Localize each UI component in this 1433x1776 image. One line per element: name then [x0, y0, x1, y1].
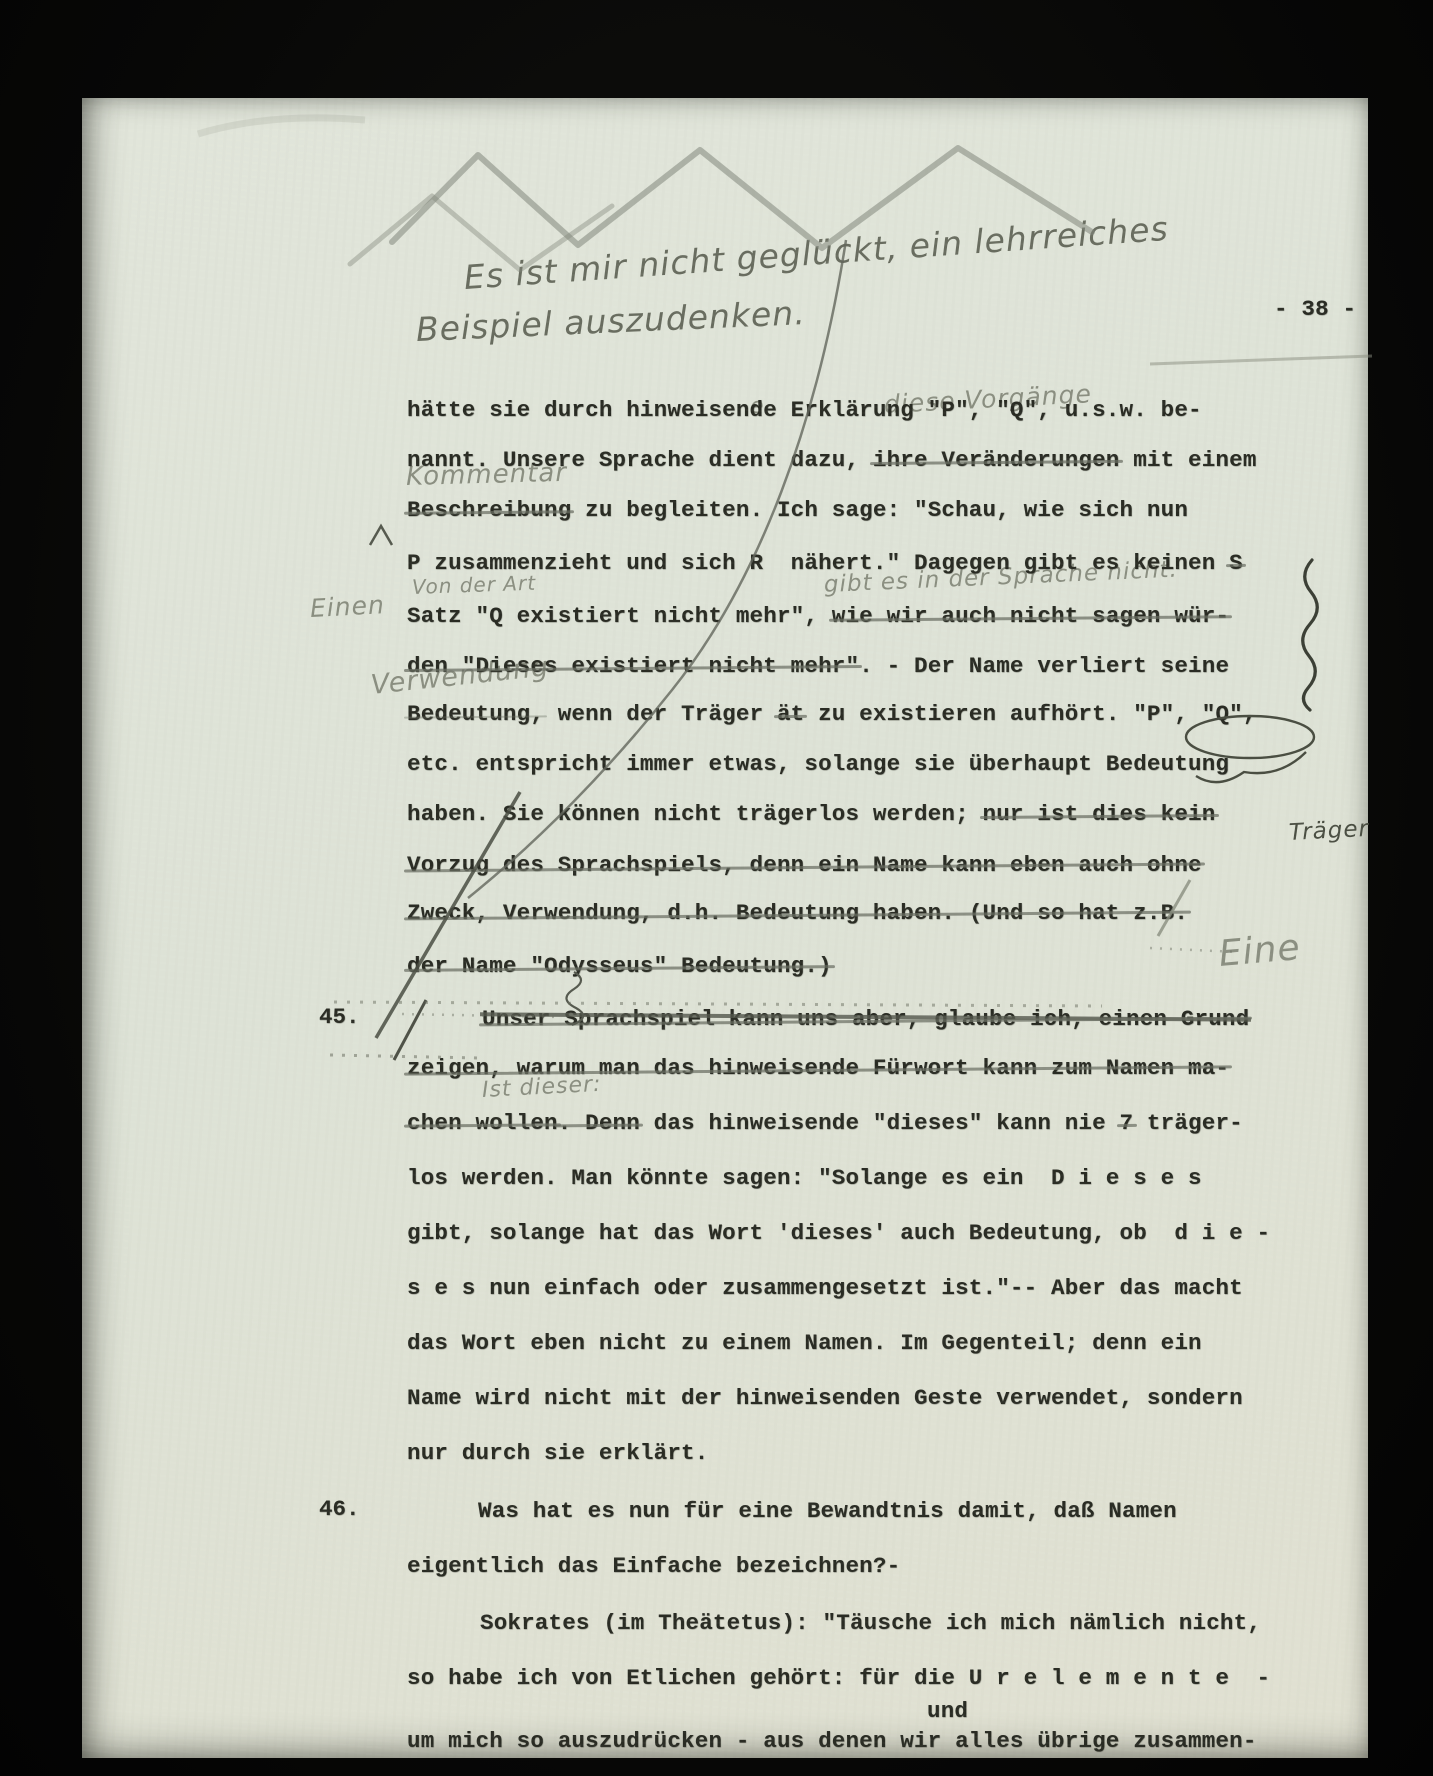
typed-line: etc. entspricht immer etwas, solange sie… — [407, 749, 1229, 779]
paragraph-number-45: 45. — [319, 1004, 360, 1030]
typed-line: gibt, solange hat das Wort 'dieses' auch… — [407, 1218, 1270, 1248]
typed-line: Vorzug des Sprachspiels, denn ein Name k… — [407, 850, 1202, 880]
paragraph-number-46: 46. — [319, 1496, 360, 1522]
typed-line: der Name "Odysseus" Bedeutung.) — [407, 951, 832, 981]
handwritten-einen-margin: Einen — [309, 590, 385, 623]
typed-line: zeigen, warum man das hinweisende Fürwor… — [407, 1053, 1229, 1083]
typed-line: nur durch sie erklärt. — [407, 1438, 708, 1468]
typed-line: Satz "Q existiert nicht mehr", wie wir a… — [407, 601, 1229, 631]
typed-line: Beschreibung zu begleiten. Ich sage: "Sc… — [407, 495, 1188, 525]
handwritten-intro-line-1: Es ist mir nicht geglückt, ein lehrreich… — [463, 209, 1170, 297]
typed-line: nannt. Unsere Sprache dient dazu, ihre V… — [407, 445, 1257, 475]
typed-line: Was hat es nun für eine Bewandtnis damit… — [478, 1496, 1177, 1526]
typed-line: P zusammenzieht und sich R nähert." Dage… — [407, 548, 1243, 578]
typed-line: Name wird nicht mit der hinweisenden Ges… — [407, 1383, 1243, 1413]
handwritten-intro-line-2: Beispiel auszudenken. — [415, 293, 806, 349]
typed-line: chen wollen. Denn das hinweisende "diese… — [407, 1108, 1243, 1138]
manuscript-page: - 38 - Es ist mir nicht geglückt, ein le… — [82, 98, 1368, 1758]
typed-line: Unser Sprachspiel kann uns aber, glaube … — [482, 1004, 1249, 1034]
typed-line: s e s nun einfach oder zusammengesetzt i… — [407, 1273, 1243, 1303]
handwritten-traeger-circled: Träger — [1288, 816, 1369, 846]
typed-line: Sokrates (im Theätetus): "Täusche ich mi… — [480, 1608, 1261, 1638]
page-number: - 38 - — [1274, 294, 1356, 324]
typed-line: so habe ich von Etlichen gehört: für die… — [407, 1663, 1270, 1693]
typed-line: um mich so auszudrücken - aus denen wir … — [407, 1726, 1257, 1756]
typed-und-insertion: und — [927, 1696, 968, 1726]
typed-line: Zweck, Verwendung, d.h. Bedeutung haben.… — [407, 898, 1188, 928]
typed-line: den "Dieses existiert nicht mehr". - Der… — [407, 651, 1229, 681]
handwritten-eine: Eine — [1217, 927, 1302, 975]
typed-line: eigentlich das Einfache bezeichnen?- — [407, 1551, 900, 1581]
typed-line: haben. Sie können nicht trägerlos werden… — [407, 799, 1215, 829]
typed-line: hätte sie durch hinweisende Erklärung "P… — [407, 395, 1202, 425]
typed-line: Bedeutung, wenn der Träger ät zu existie… — [407, 699, 1257, 729]
typed-line: los werden. Man könnte sagen: "Solange e… — [407, 1163, 1202, 1193]
typed-line: das Wort eben nicht zu einem Namen. Im G… — [407, 1328, 1202, 1358]
